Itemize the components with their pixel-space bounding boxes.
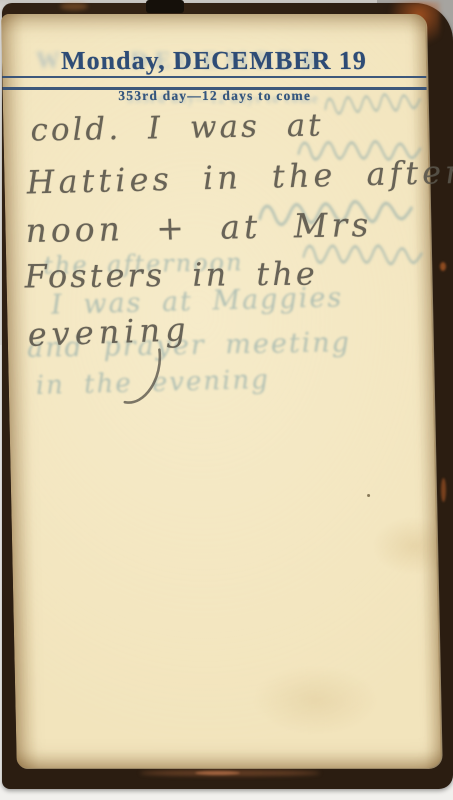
handwriting-flourish [118,342,168,420]
handwriting-line: Fosters in the [24,254,318,295]
paper-speck [367,494,370,497]
bleedthrough-scribble [322,88,423,117]
diary-page: W DECEMBER 353rd day—12 days to come Mon… [1,14,442,768]
printed-date-heading: Monday, DECEMBER 19 [2,46,427,76]
cover-binding-bump [146,0,184,13]
diary-scan: W DECEMBER 353rd day—12 days to come Mon… [0,0,453,800]
handwriting-line: noon + at Mrs [25,205,373,250]
handwriting-line: cold. I was at [30,107,325,148]
